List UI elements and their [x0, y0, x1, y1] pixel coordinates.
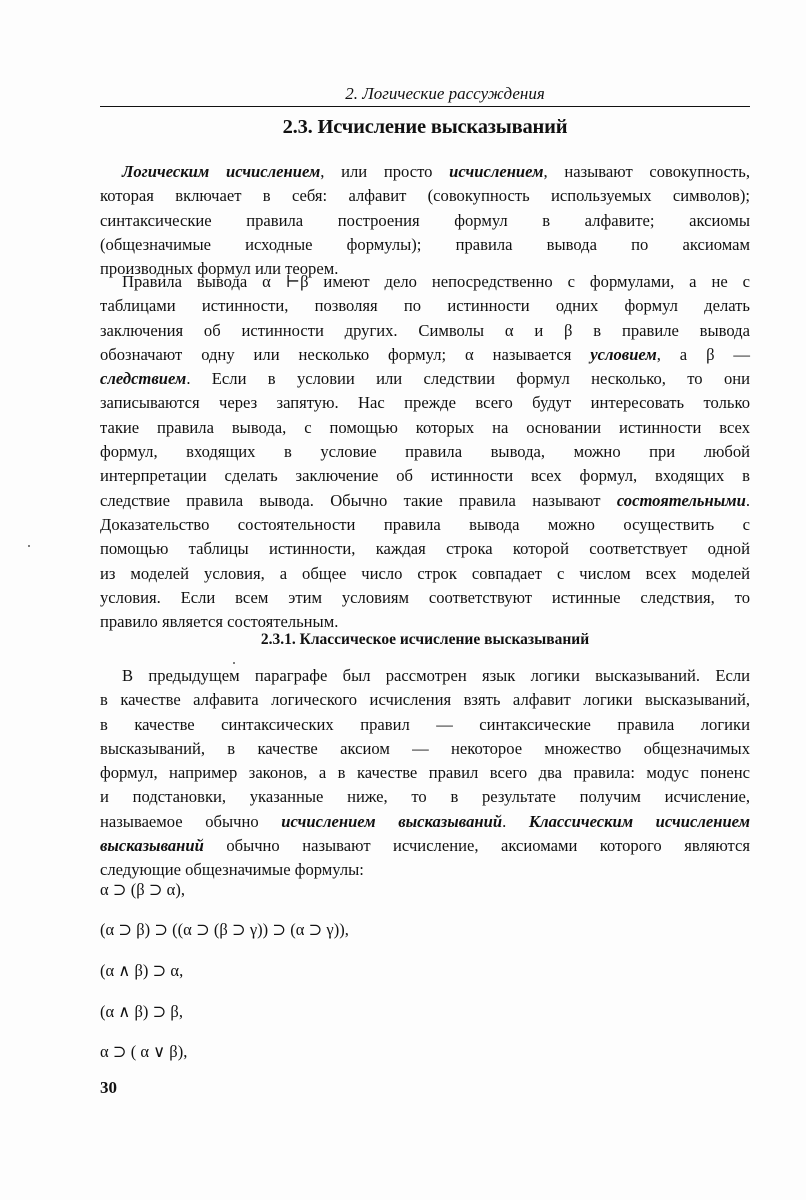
axiom-formula-5: α ⊃ ( α ∨ β), — [100, 1042, 187, 1062]
emphasized-term: условием — [590, 345, 657, 364]
text-run: Правила вывода α ⊢β имеют дело непосредс… — [122, 272, 750, 291]
text-run: (общезначимые исходные формулы); правила… — [100, 235, 750, 254]
text-line: высказываний обычно называют исчисление,… — [100, 834, 750, 858]
text-run: обычно называют исчисление, аксиомами ко… — [204, 836, 750, 855]
text-line: Логическим исчислением, или просто исчис… — [100, 160, 750, 184]
text-line: в качестве алфавита логического исчислен… — [100, 688, 750, 712]
text-run: в качестве алфавита логического исчислен… — [100, 690, 750, 709]
emphasized-term: исчислением — [449, 162, 543, 181]
text-run: обозначают одну или несколько формул; α … — [100, 345, 590, 364]
running-head: 2. Логические рассуждения — [100, 84, 750, 104]
text-line: обозначают одну или несколько формул; α … — [100, 343, 750, 367]
subsection-title: 2.3.1. Классическое исчисление высказыва… — [100, 630, 750, 650]
text-run: в качестве синтаксических правил — синта… — [100, 715, 750, 734]
text-line: помощью таблицы истинности, каждая строк… — [100, 537, 750, 561]
emphasized-term: исчислением высказываний — [281, 812, 502, 831]
text-run: Доказательство состоятельности правила в… — [100, 515, 750, 534]
text-run: высказываний, в качестве аксиом — некото… — [100, 739, 750, 758]
text-line: из моделей условия, а общее число строк … — [100, 562, 750, 586]
text-line: В предыдущем параграфе был рассмотрен яз… — [100, 664, 750, 688]
text-run: помощью таблицы истинности, каждая строк… — [100, 539, 750, 558]
paragraph-classical-calculus: В предыдущем параграфе был рассмотрен яз… — [100, 664, 750, 883]
text-line: формул, например законов, а в качестве п… — [100, 761, 750, 785]
text-run: следующие общезначимые формулы: — [100, 860, 364, 879]
text-run: . — [746, 491, 750, 510]
text-run: В предыдущем параграфе был рассмотрен яз… — [122, 666, 750, 685]
text-line: следствие правила вывода. Обычно такие п… — [100, 489, 750, 513]
axiom-formula-2: (α ⊃ β) ⊃ ((α ⊃ (β ⊃ γ)) ⊃ (α ⊃ γ)), — [100, 920, 349, 940]
text-run: заключения об истинности других. Символы… — [100, 321, 750, 340]
scan-speck — [28, 545, 30, 547]
text-run: правило является состоятельным. — [100, 612, 338, 631]
emphasized-term: Классическим исчислением — [529, 812, 750, 831]
emphasized-term: высказываний — [100, 836, 204, 855]
text-line: такие правила вывода, с помощью которых … — [100, 416, 750, 440]
text-run: и подстановки, указанные ниже, то в резу… — [100, 787, 750, 806]
emphasized-term: следствием — [100, 369, 186, 388]
text-run: синтаксические правила построения формул… — [100, 211, 750, 230]
text-run: интерпретации сделать заключение об исти… — [100, 466, 750, 485]
text-line: в качестве синтаксических правил — синта… — [100, 713, 750, 737]
emphasized-term: состоятельными — [617, 491, 746, 510]
text-line: и подстановки, указанные ниже, то в резу… — [100, 785, 750, 809]
text-run: формул, входящих в условие правила вывод… — [100, 442, 750, 461]
text-run: записываются через запятую. Нас прежде в… — [100, 393, 750, 412]
text-line: синтаксические правила построения формул… — [100, 209, 750, 233]
text-line: следующие общезначимые формулы: — [100, 858, 750, 882]
paragraph-body: Логическим исчислением, или просто исчис… — [100, 160, 750, 281]
text-line: заключения об истинности других. Символы… — [100, 319, 750, 343]
text-line: которая включает в себя: алфавит (совоку… — [100, 184, 750, 208]
scan-speck — [233, 662, 235, 664]
text-run: формул, например законов, а в качестве п… — [100, 763, 750, 782]
text-line: Правила вывода α ⊢β имеют дело непосредс… — [100, 270, 750, 294]
axiom-formula-1: α ⊃ (β ⊃ α), — [100, 880, 185, 900]
text-run: условия. Если всем этим условиям соответ… — [100, 588, 750, 607]
text-line: таблицами истинности, позволяя по истинн… — [100, 294, 750, 318]
paragraph-inference-rules: Правила вывода α ⊢β имеют дело непосредс… — [100, 270, 750, 634]
emphasized-term: Логическим исчислением — [122, 162, 320, 181]
text-line: интерпретации сделать заключение об исти… — [100, 464, 750, 488]
header-rule — [100, 106, 750, 107]
text-run: , а β — — [657, 345, 750, 364]
text-line: Доказательство состоятельности правила в… — [100, 513, 750, 537]
text-run: из моделей условия, а общее число строк … — [100, 564, 750, 583]
text-line: записываются через запятую. Нас прежде в… — [100, 391, 750, 415]
paragraph-body: Правила вывода α ⊢β имеют дело непосредс… — [100, 270, 750, 634]
text-run: такие правила вывода, с помощью которых … — [100, 418, 750, 437]
text-line: (общезначимые исходные формулы); правила… — [100, 233, 750, 257]
paragraph-definition: Логическим исчислением, или просто исчис… — [100, 160, 750, 281]
text-run: . — [502, 812, 529, 831]
text-run: , или просто — [320, 162, 449, 181]
text-line: называемое обычно исчислением высказыван… — [100, 810, 750, 834]
axiom-formula-4: (α ∧ β) ⊃ β, — [100, 1002, 183, 1022]
text-line: высказываний, в качестве аксиом — некото… — [100, 737, 750, 761]
axiom-formula-3: (α ∧ β) ⊃ α, — [100, 961, 183, 981]
text-run: . Если в условии или следствии формул не… — [186, 369, 750, 388]
text-run: следствие правила вывода. Обычно такие п… — [100, 491, 617, 510]
section-title: 2.3. Исчисление высказываний — [100, 114, 750, 140]
paragraph-body: В предыдущем параграфе был рассмотрен яз… — [100, 664, 750, 883]
page-number: 30 — [100, 1078, 117, 1098]
text-run: , называют совокупность, — [543, 162, 750, 181]
text-line: следствием. Если в условии или следствии… — [100, 367, 750, 391]
text-run: называемое обычно — [100, 812, 281, 831]
text-run: которая включает в себя: алфавит (совоку… — [100, 186, 750, 205]
text-run: таблицами истинности, позволяя по истинн… — [100, 296, 750, 315]
text-line: формул, входящих в условие правила вывод… — [100, 440, 750, 464]
text-line: условия. Если всем этим условиям соответ… — [100, 586, 750, 610]
